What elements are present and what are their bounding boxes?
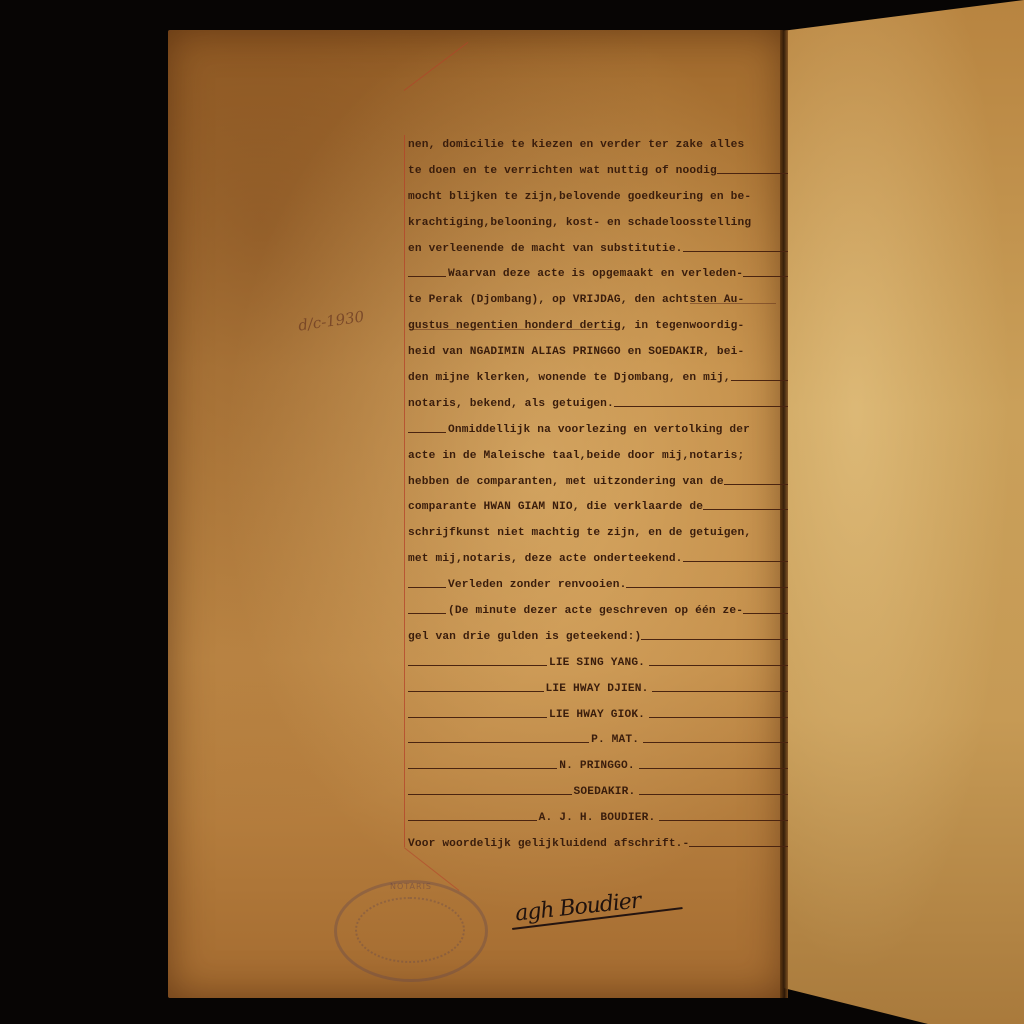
text-line: schrijfkunst niet machtig te zijn, en de… [408, 521, 788, 547]
filler-dash [689, 846, 788, 847]
filler-dash [743, 613, 788, 614]
signatory-line: N. PRINGGO. [408, 754, 788, 780]
signatory-name: P. MAT. [591, 728, 639, 754]
signatory-line: A. J. H. BOUDIER. [408, 806, 788, 832]
text-line: Verleden zonder renvooien. [408, 573, 788, 599]
filler-dash [641, 639, 788, 640]
closing-line: Voor woordelijk gelijkluidend afschrift.… [408, 832, 788, 858]
text-line: en verleenende de macht van substitutie. [408, 237, 788, 263]
text-line: mocht blijken te zijn,belovende goedkeur… [408, 185, 788, 211]
seal-emblem [355, 897, 465, 963]
text-line: te doen en te verrichten wat nuttig of n… [408, 159, 788, 185]
deed-text: nen, domicilie te kiezen en verder ter z… [408, 133, 788, 858]
text-line: den mijne klerken, wonende te Djombang, … [408, 366, 788, 392]
scanned-document: d/c-1930 nen, domicilie te kiezen en ver… [0, 0, 1024, 1024]
filler-dash [408, 432, 446, 433]
filler-dash [626, 587, 788, 588]
text-line: hebben de comparanten, met uitzondering … [408, 470, 788, 496]
filler-dash [731, 380, 788, 381]
signatory-line: P. MAT. [408, 728, 788, 754]
margin-rule [404, 135, 405, 847]
notary-seal-stamp: NOTARIS [334, 880, 488, 982]
filler-dash [743, 276, 788, 277]
signatory-name: LIE HWAY GIOK. [549, 703, 645, 729]
signatory-name: LIE HWAY DJIEN. [546, 677, 649, 703]
text-line: acte in de Maleische taal,beide door mij… [408, 444, 788, 470]
text-line: met mij,notaris, deze acte onderteekend. [408, 547, 788, 573]
text-line: Waarvan deze acte is opgemaakt en verled… [408, 262, 788, 288]
facing-page [784, 0, 1024, 1024]
filler-dash [724, 484, 788, 485]
text-line: gel van drie gulden is geteekend:) [408, 625, 788, 651]
filler-dash [703, 509, 788, 510]
text-line: (De minute dezer acte geschreven op één … [408, 599, 788, 625]
text-line: nen, domicilie te kiezen en verder ter z… [408, 133, 788, 159]
filler-dash [408, 613, 446, 614]
text-line: krachtiging,belooning, kost- en schadelo… [408, 211, 788, 237]
signatory-name: N. PRINGGO. [559, 754, 635, 780]
text-line: heid van NGADIMIN ALIAS PRINGGO en SOEDA… [408, 340, 788, 366]
text-line: comparante HWAN GIAM NIO, die verklaarde… [408, 495, 788, 521]
signatory-name: A. J. H. BOUDIER. [539, 806, 656, 832]
filler-dash [408, 276, 446, 277]
text-line: gustus negentien honderd dertig, in tege… [408, 314, 788, 340]
signatory-line: LIE HWAY GIOK. [408, 703, 788, 729]
text-line: te Perak (Djombang), op VRIJDAG, den ach… [408, 288, 788, 314]
text-line: notaris, bekend, als getuigen. [408, 392, 788, 418]
text-line: Onmiddellijk na voorlezing en vertolking… [408, 418, 788, 444]
signatory-name: LIE SING YANG. [549, 651, 645, 677]
signatory-line: LIE SING YANG. [408, 651, 788, 677]
filler-dash [408, 587, 446, 588]
signatory-line: LIE HWAY DJIEN. [408, 677, 788, 703]
filler-dash [683, 251, 788, 252]
filler-dash [614, 406, 788, 407]
signatory-line: SOEDAKIR. [408, 780, 788, 806]
filler-dash [683, 561, 788, 562]
filler-dash [717, 173, 788, 174]
signatory-name: SOEDAKIR. [574, 780, 636, 806]
